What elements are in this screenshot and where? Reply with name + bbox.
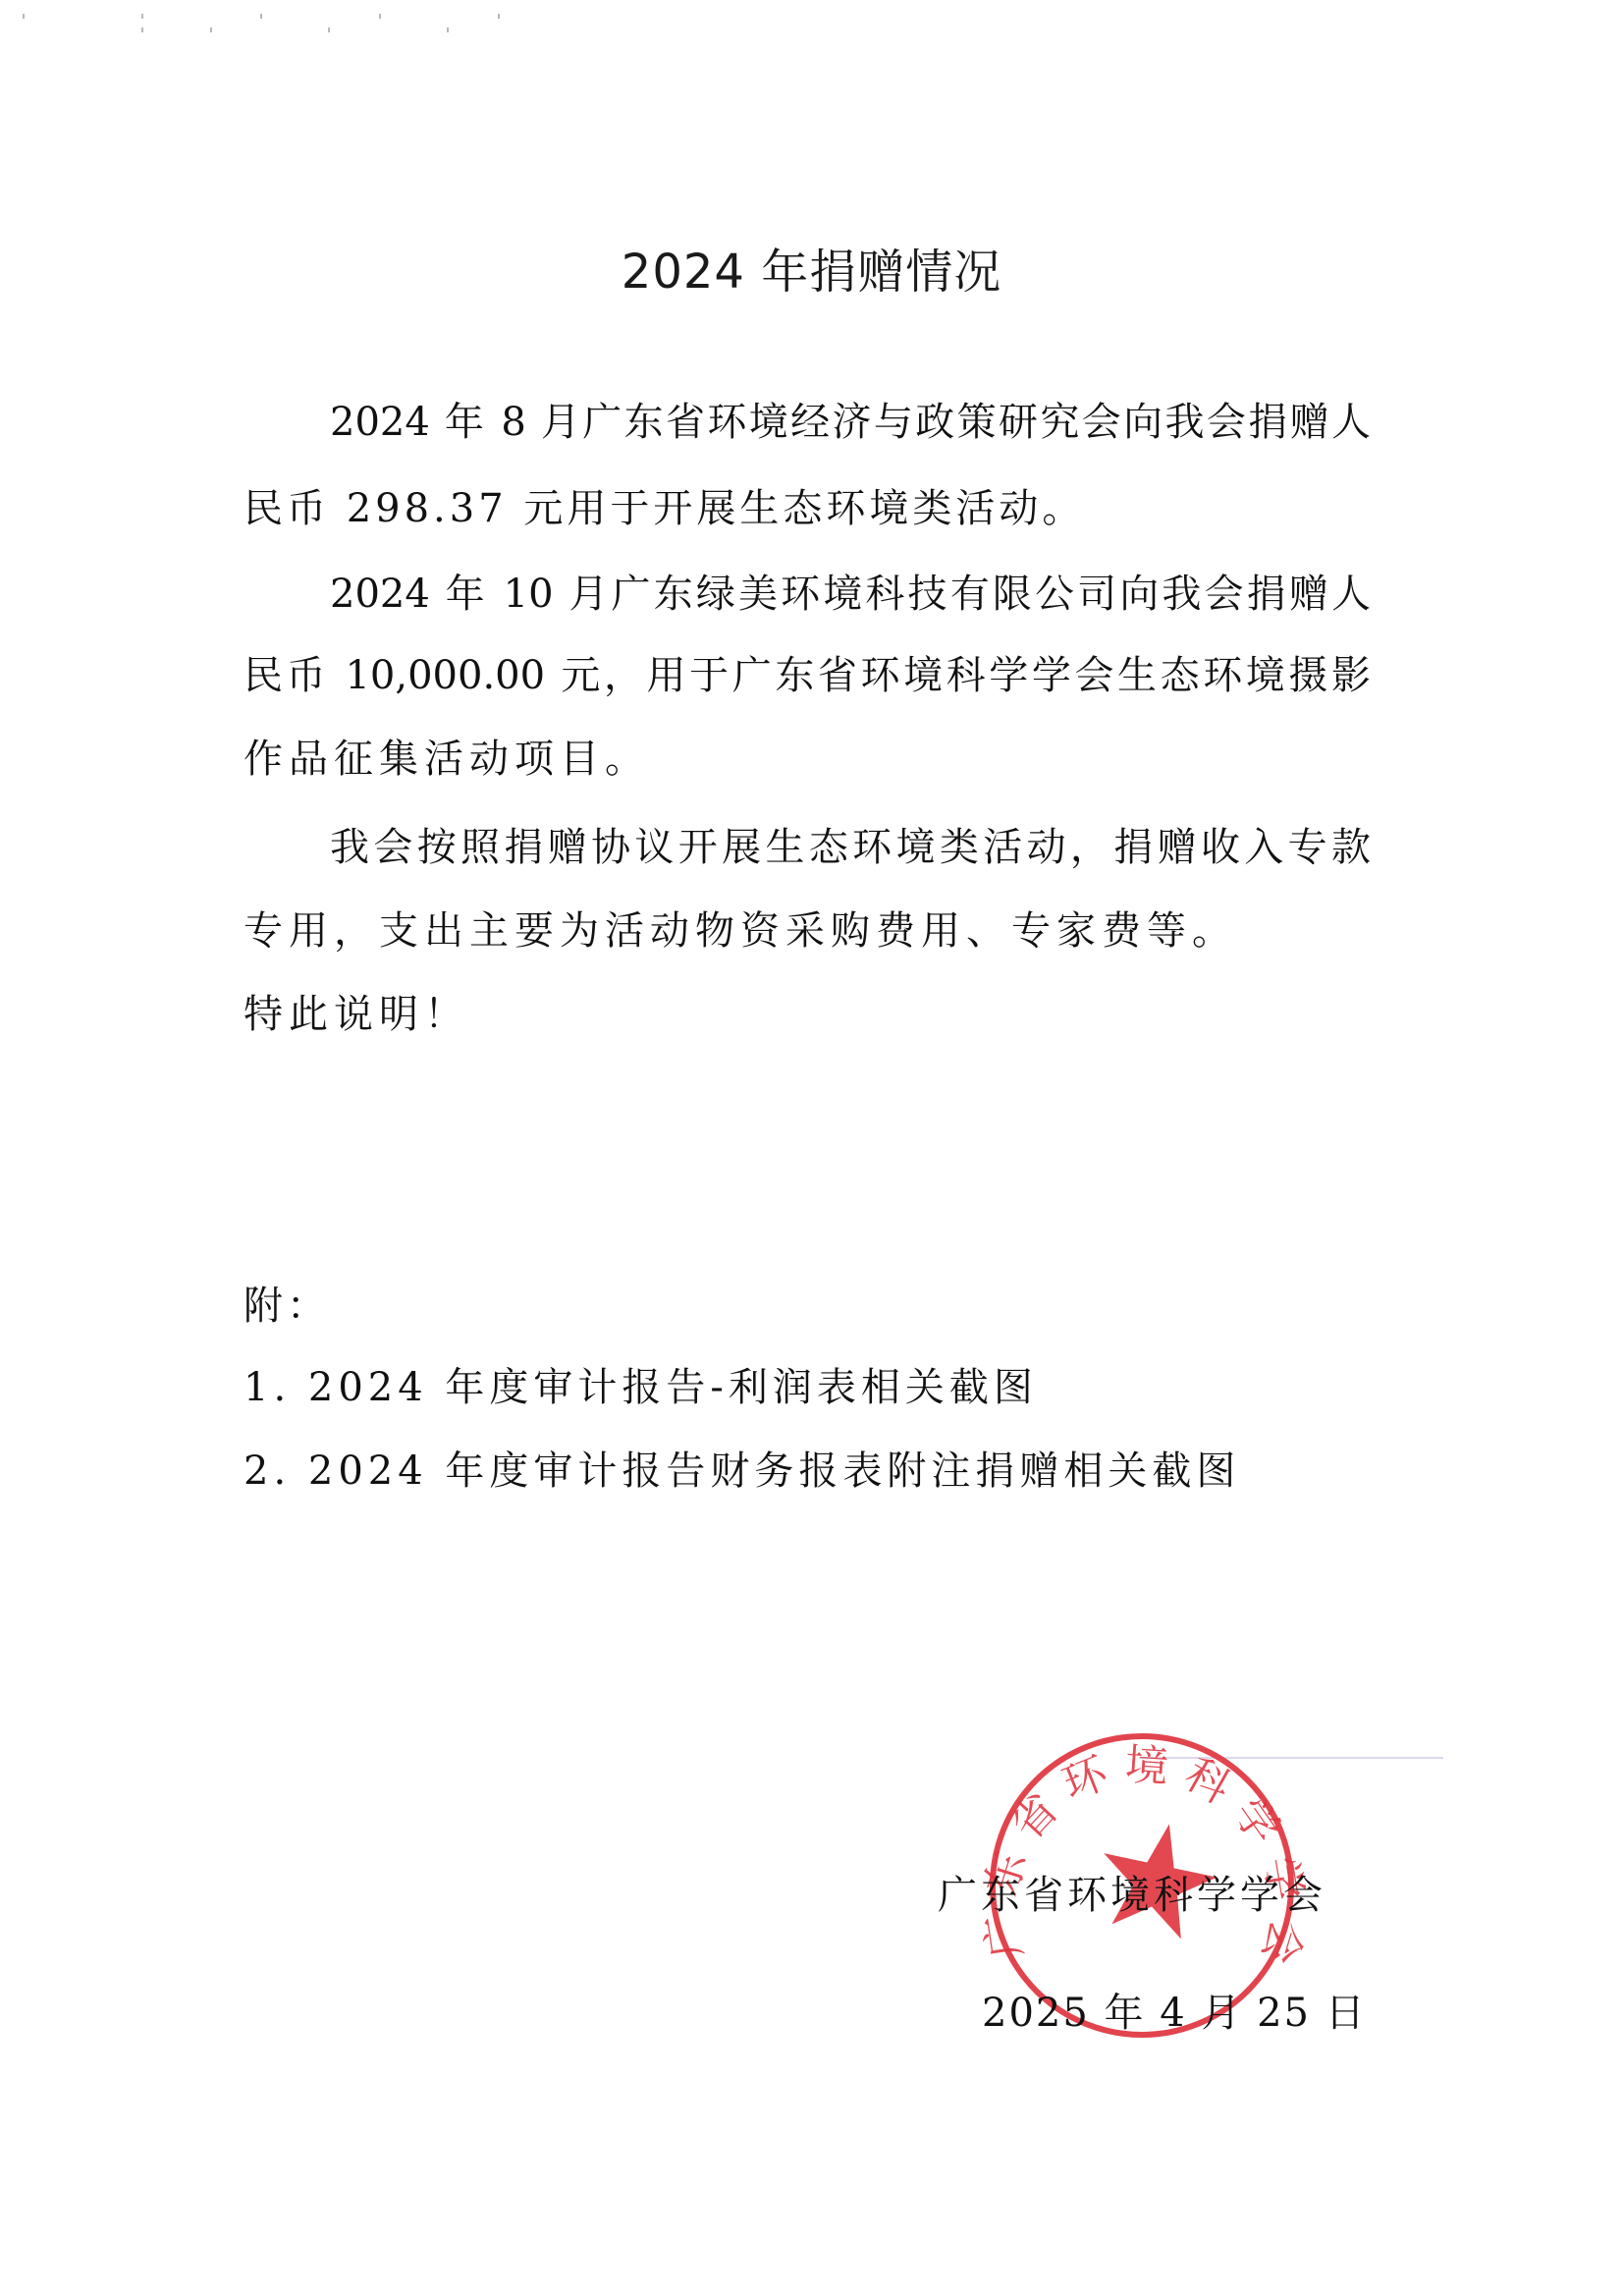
scan-mark: [328, 27, 330, 32]
paragraph-1-line-1: 2024 年 8 月广东省环境经济与政策研究会向我会捐赠人: [330, 398, 1371, 447]
attachment-item-1: 1. 2024 年度审计报告-利润表相关截图: [243, 1363, 1038, 1412]
signature-date: 2025 年 4 月 25 日: [982, 1982, 1367, 2038]
page-title: 2024 年捐赠情况: [0, 234, 1623, 301]
seal-text: 广东省环境科学学会: [982, 1740, 1306, 1983]
scan-mark: [141, 27, 143, 32]
paragraph-2-line-1: 2024 年 10 月广东绿美环境科技有限公司向我会捐赠人: [330, 570, 1371, 619]
paragraph-3-line-2: 专用，支出主要为活动物资采购费用、专家费等。: [243, 906, 1237, 956]
paragraph-2-line-3: 作品征集活动项目。: [243, 735, 650, 784]
scan-mark: [498, 14, 500, 19]
attachments-label: 附：: [243, 1282, 330, 1331]
scan-mark: [447, 27, 449, 32]
signature-organization: 广东省环境科学学会: [938, 1864, 1326, 1920]
document-page: 2024 年捐赠情况 2024 年 8 月广东省环境经济与政策研究会向我会捐赠人…: [0, 0, 1623, 2296]
scan-mark: [210, 27, 212, 32]
scan-mark: [141, 14, 143, 19]
closing-statement: 特此说明！: [243, 990, 469, 1039]
paragraph-1-line-2: 民币 298.37 元用于开展生态环境类活动。: [243, 484, 1085, 533]
scan-mark: [379, 14, 381, 19]
attachment-item-2: 2. 2024 年度审计报告财务报表附注捐赠相关截图: [243, 1447, 1240, 1496]
paragraph-3-line-1: 我会按照捐赠协议开展生态环境类活动，捐赠收入专款: [330, 823, 1371, 872]
svg-text:广东省环境科学学会: 广东省环境科学学会: [982, 1740, 1306, 1983]
paragraph-2-line-2: 民币 10,000.00 元，用于广东省环境科学学会生态环境摄影: [243, 651, 1371, 700]
scan-mark: [260, 14, 262, 19]
scan-mark: [23, 14, 25, 19]
